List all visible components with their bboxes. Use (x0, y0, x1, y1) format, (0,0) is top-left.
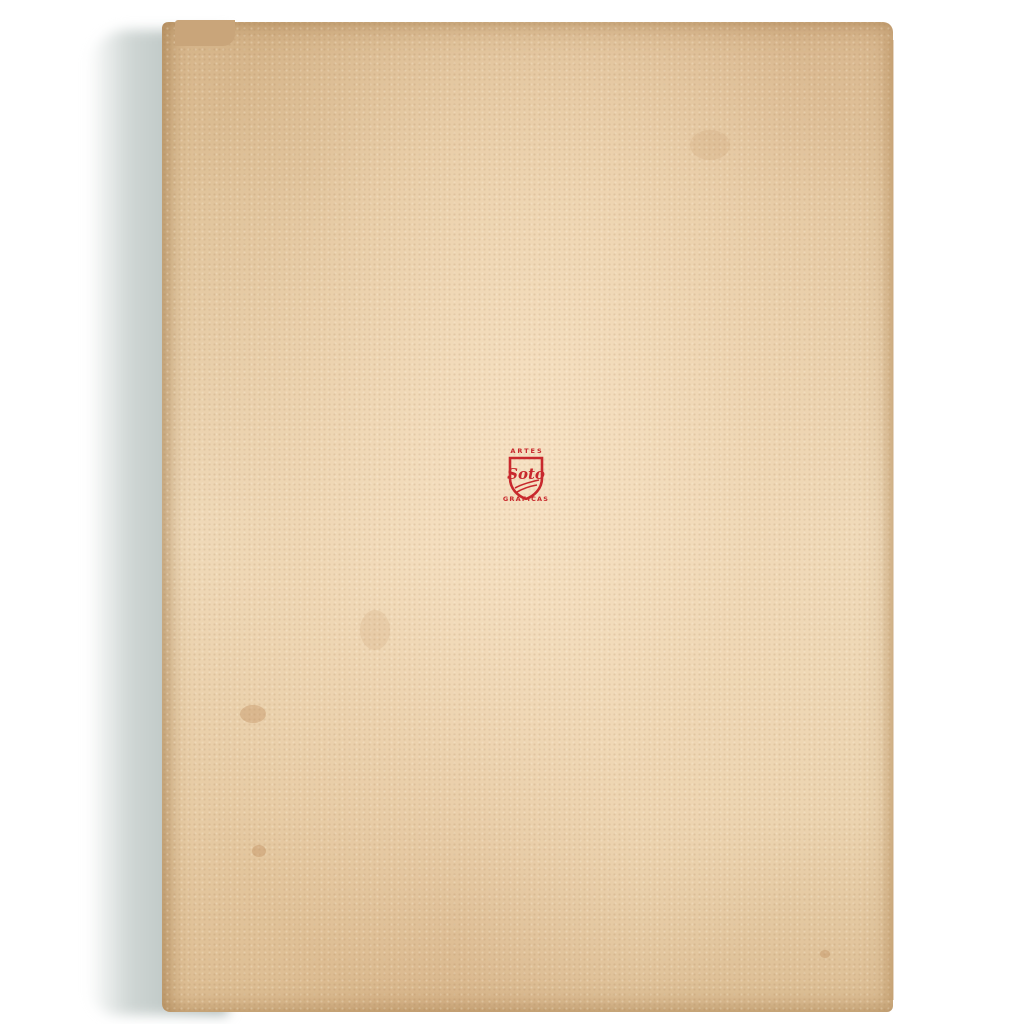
torn-corner (175, 20, 235, 46)
cover-right-edge (880, 40, 894, 1000)
emblem-bottom-text: GRAFICAS (503, 496, 549, 503)
photo-scene: ARTES Soto GRAFICAS (0, 0, 1024, 1024)
stain-spot (252, 845, 266, 857)
stain-spot (820, 950, 830, 958)
emblem-center-text: Soto (507, 465, 545, 483)
shield-icon: Soto (506, 456, 546, 500)
book-back-cover (162, 22, 893, 1012)
printer-emblem: ARTES Soto GRAFICAS (500, 448, 552, 516)
stain-spot (360, 610, 390, 650)
emblem-top-text: ARTES (510, 448, 543, 455)
stain-spot (240, 705, 266, 723)
stain-spot (690, 130, 730, 160)
